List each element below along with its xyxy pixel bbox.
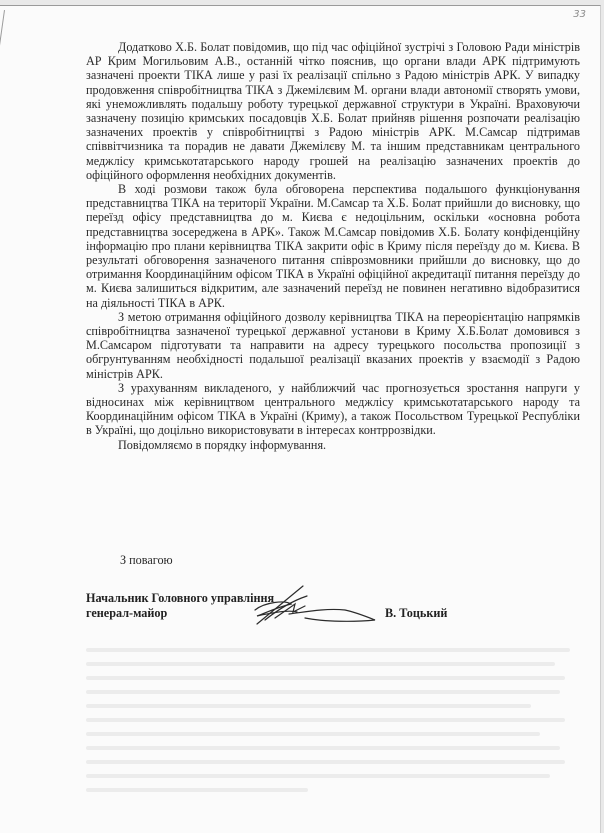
bleed-line — [86, 648, 570, 652]
bleed-line — [86, 704, 531, 708]
paragraph-5: Повідомляємо в порядку інформування. — [86, 438, 580, 452]
paragraph-1: Додатково Х.Б. Болат повідомив, що під ч… — [86, 40, 580, 182]
handwritten-signature-icon — [245, 582, 380, 627]
document-body: Додатково Х.Б. Болат повідомив, що під ч… — [86, 40, 580, 452]
paragraph-3: З метою отримання офіційного дозволу кер… — [86, 310, 580, 381]
page-number: 33 — [573, 9, 586, 20]
paragraph-2: В ході розмови також була обговорена пер… — [86, 182, 580, 310]
bleed-line — [86, 746, 560, 750]
signatory-name: В. Тоцький — [385, 606, 447, 621]
closing-salutation: З повагою — [120, 553, 173, 568]
paragraph-4: З урахуванням викладеного, у найближчий … — [86, 381, 580, 438]
bleed-line — [86, 662, 555, 666]
bleed-line — [86, 760, 565, 764]
bleed-line — [86, 676, 565, 680]
bleed-line — [86, 732, 540, 736]
bleed-line — [86, 718, 565, 722]
reverse-side-bleed-through — [86, 648, 580, 802]
bleed-line — [86, 690, 560, 694]
bleed-line — [86, 788, 308, 792]
bleed-line — [86, 774, 550, 778]
